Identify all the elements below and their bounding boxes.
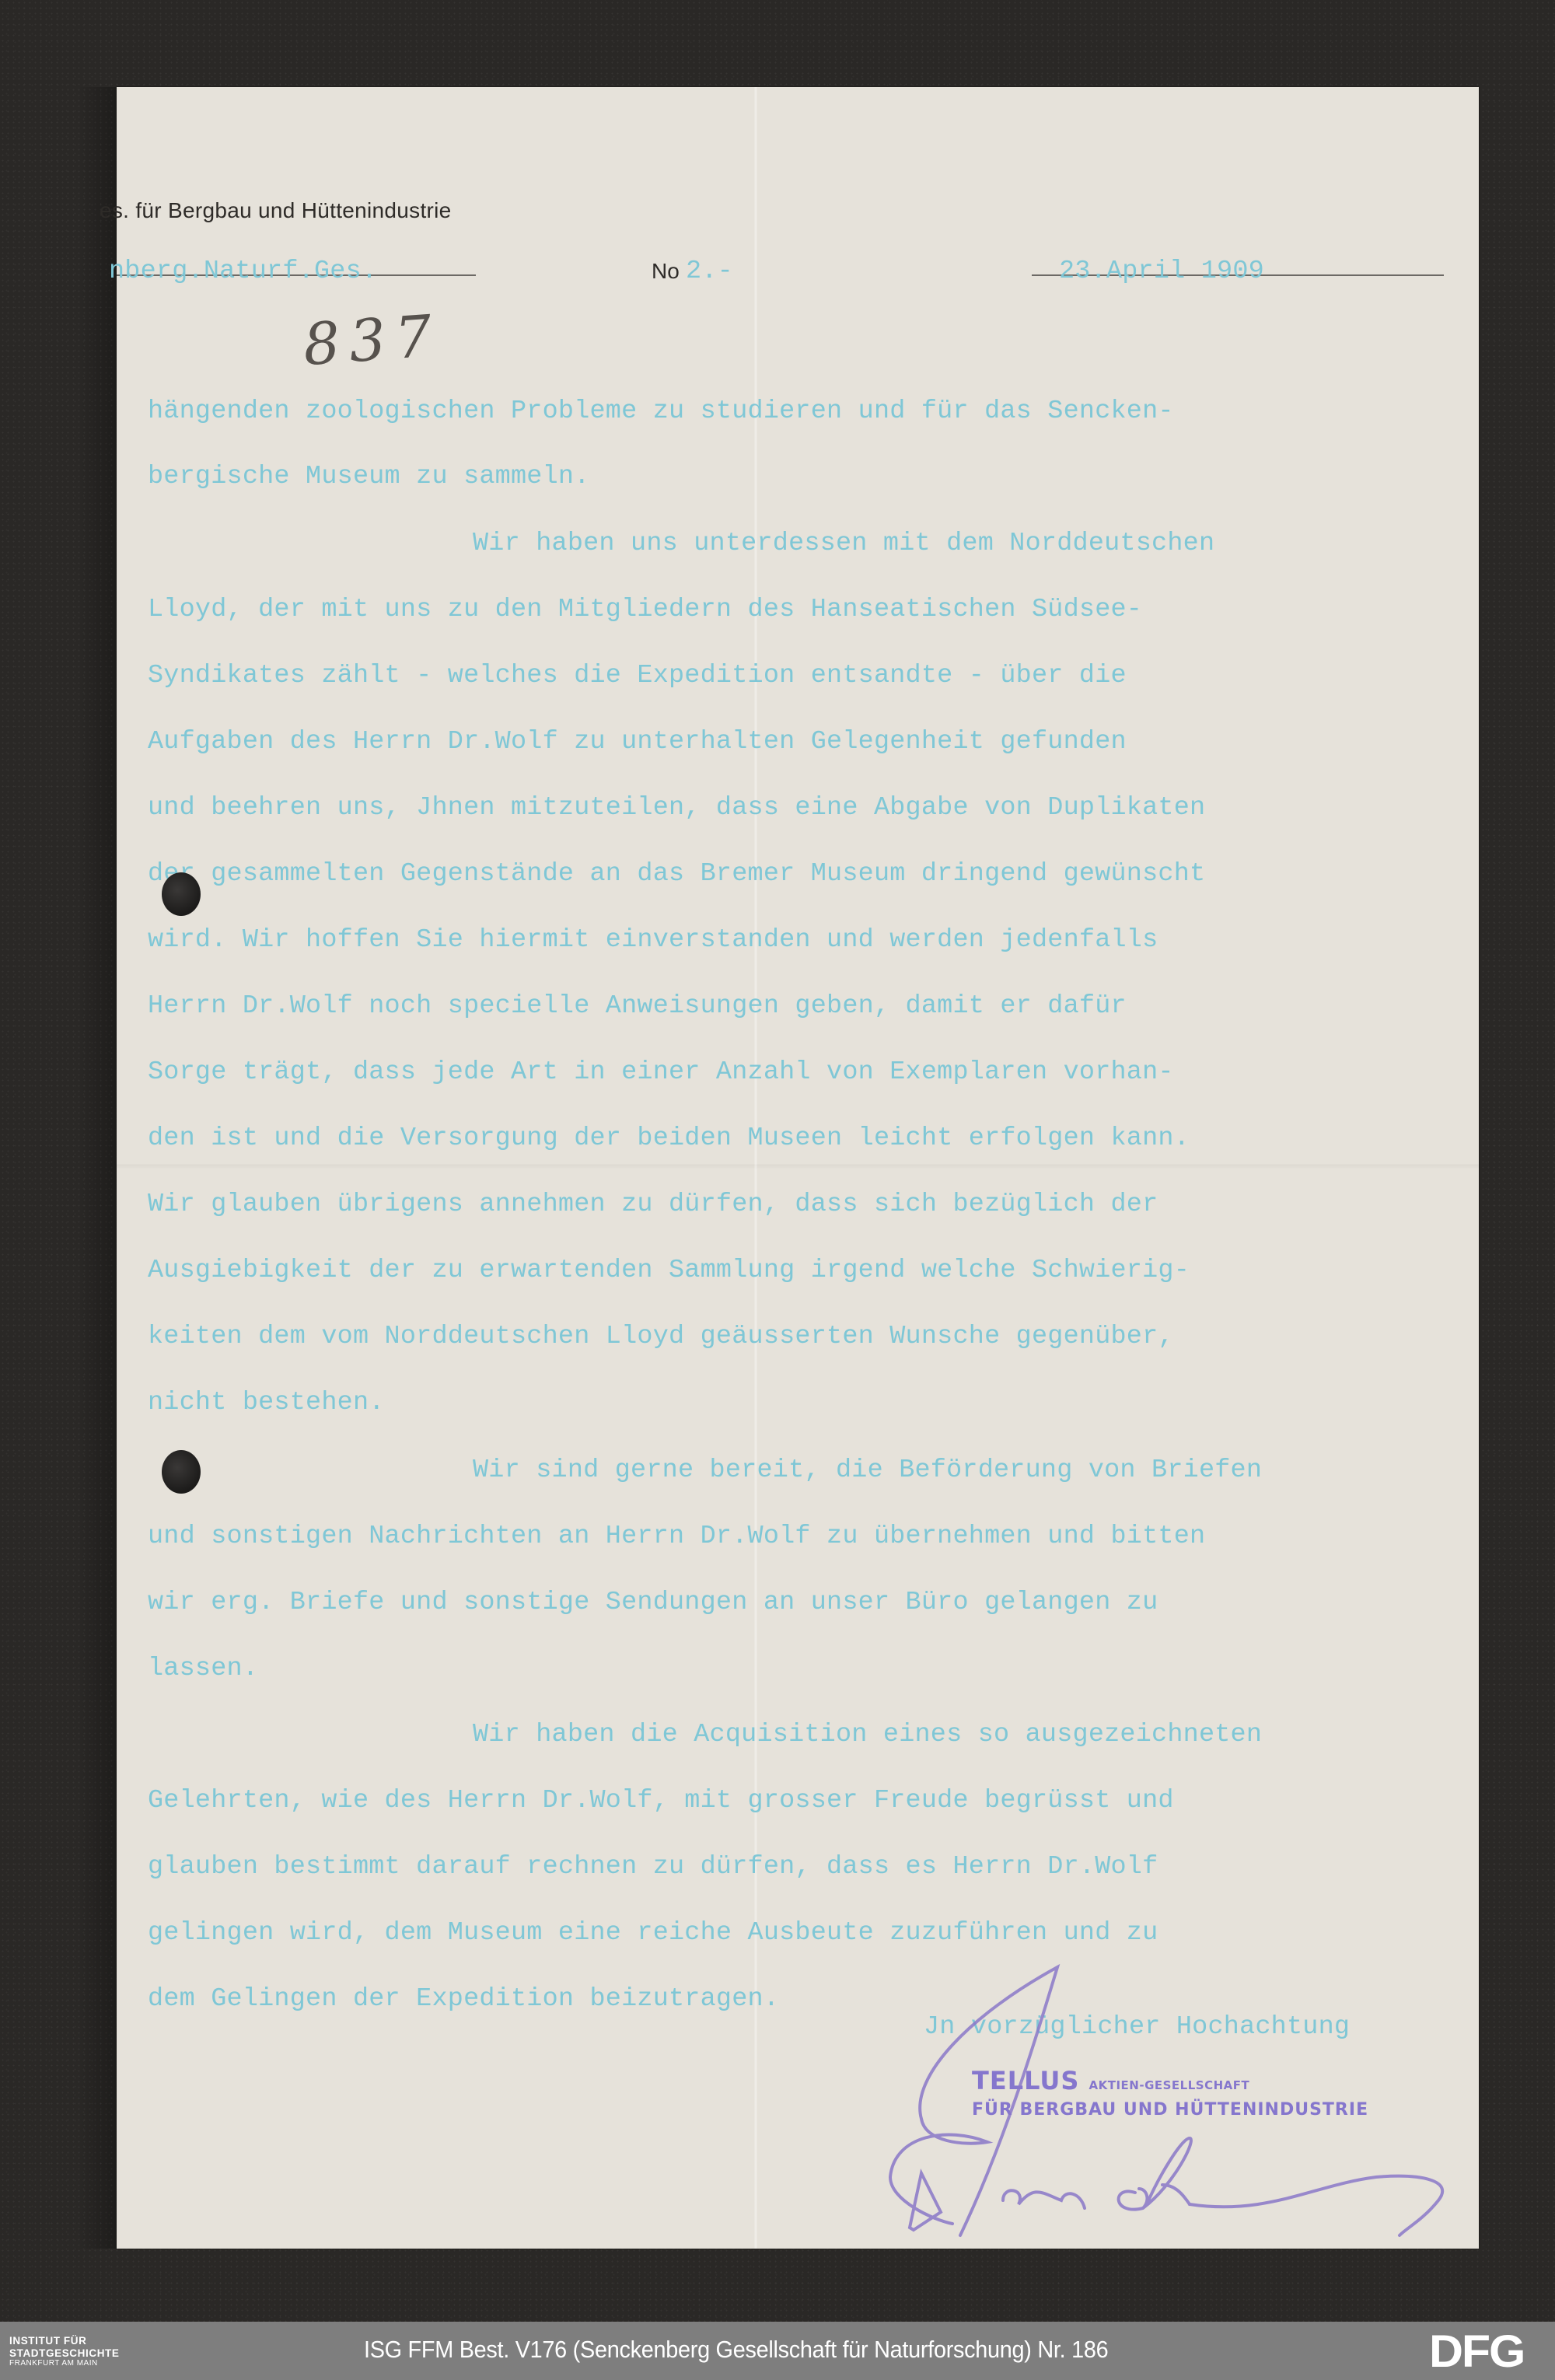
isg-institution-logo: INSTITUT FÜR STADTGESCHICHTE FRANKFURT A…: [9, 2336, 120, 2368]
letter-body-line: Wir glauben übrigens annehmen zu dürfen,…: [148, 1190, 1158, 1219]
letter-body-line: Aufgaben des Herrn Dr.Wolf zu unterhalte…: [148, 727, 1127, 757]
letter-body-line: Herrn Dr.Wolf noch specielle Anweisungen…: [148, 991, 1127, 1021]
letter-body-line: lassen.: [148, 1654, 258, 1683]
dfg-logo: DFG: [1429, 2329, 1524, 2375]
letter-date: 23.April 1909: [1059, 257, 1264, 286]
letter-body-line: Wir sind gerne bereit, die Beförderung v…: [473, 1456, 1262, 1485]
letter-body-line: und sonstigen Nachrichten an Herrn Dr.Wo…: [148, 1522, 1205, 1551]
letter-body-line: Ausgiebigkeit der zu erwartenden Sammlun…: [148, 1256, 1190, 1285]
letter-body-line: Sorge trägt, dass jede Art in einer Anza…: [148, 1057, 1174, 1087]
letter-body-line: Wir haben die Acquisition eines so ausge…: [473, 1720, 1262, 1749]
letter-body-line: nicht bestehen.: [148, 1388, 385, 1417]
reference-number-label: No: [652, 259, 680, 284]
letter-body-line: glauben bestimmt darauf rechnen zu dürfe…: [148, 1852, 1158, 1882]
letterhead-company: es. für Bergbau und Hüttenindustrie: [100, 198, 452, 223]
letter-body-line: Syndikates zählt - welches die Expeditio…: [148, 661, 1127, 690]
reference-number-value: 2.-: [686, 257, 733, 286]
letter-body-line: keiten dem vom Norddeutschen Lloyd geäus…: [148, 1322, 1174, 1351]
handwritten-archive-number: 837: [301, 302, 443, 379]
letter-body-line: der gesammelten Gegenstände an das Breme…: [148, 859, 1205, 889]
institution-line-1: INSTITUT FÜR: [9, 2336, 120, 2347]
letter-body-line: Lloyd, der mit uns zu den Mitgliedern de…: [148, 595, 1142, 624]
punch-hole-lower: [162, 1450, 201, 1494]
letter-body-line: gelingen wird, dem Museum eine reiche Au…: [148, 1918, 1158, 1948]
archive-signature-caption: ISG FFM Best. V176 (Senckenberg Gesellsc…: [364, 2336, 1108, 2364]
institution-line-3: FRANKFURT AM MAIN: [9, 2360, 120, 2368]
handwritten-signature: [879, 1952, 1485, 2239]
letter-body-line: bergische Museum zu sammeln.: [148, 462, 590, 491]
punch-hole-upper: [162, 872, 201, 916]
letter-body-line: wir erg. Briefe und sonstige Sendungen a…: [148, 1588, 1158, 1617]
institution-line-2: STADTGESCHICHTE: [9, 2348, 120, 2359]
reference-recipient: nberg.Naturf.Ges.: [109, 257, 377, 286]
letter-body-line: hängenden zoologischen Probleme zu studi…: [148, 397, 1174, 426]
archive-footer-bar: INSTITUT FÜR STADTGESCHICHTE FRANKFURT A…: [0, 2322, 1555, 2380]
letter-body-line: wird. Wir hoffen Sie hiermit einverstand…: [148, 925, 1158, 955]
letter-body-line: Gelehrten, wie des Herrn Dr.Wolf, mit gr…: [148, 1786, 1174, 1816]
letter-body-line: dem Gelingen der Expedition beizutragen.: [148, 1984, 779, 2014]
letter-body-line: und beehren uns, Jhnen mitzuteilen, dass…: [148, 793, 1205, 823]
letter-body-line: Wir haben uns unterdessen mit dem Nordde…: [473, 529, 1214, 558]
letter-body-line: den ist und die Versorgung der beiden Mu…: [148, 1124, 1190, 1153]
